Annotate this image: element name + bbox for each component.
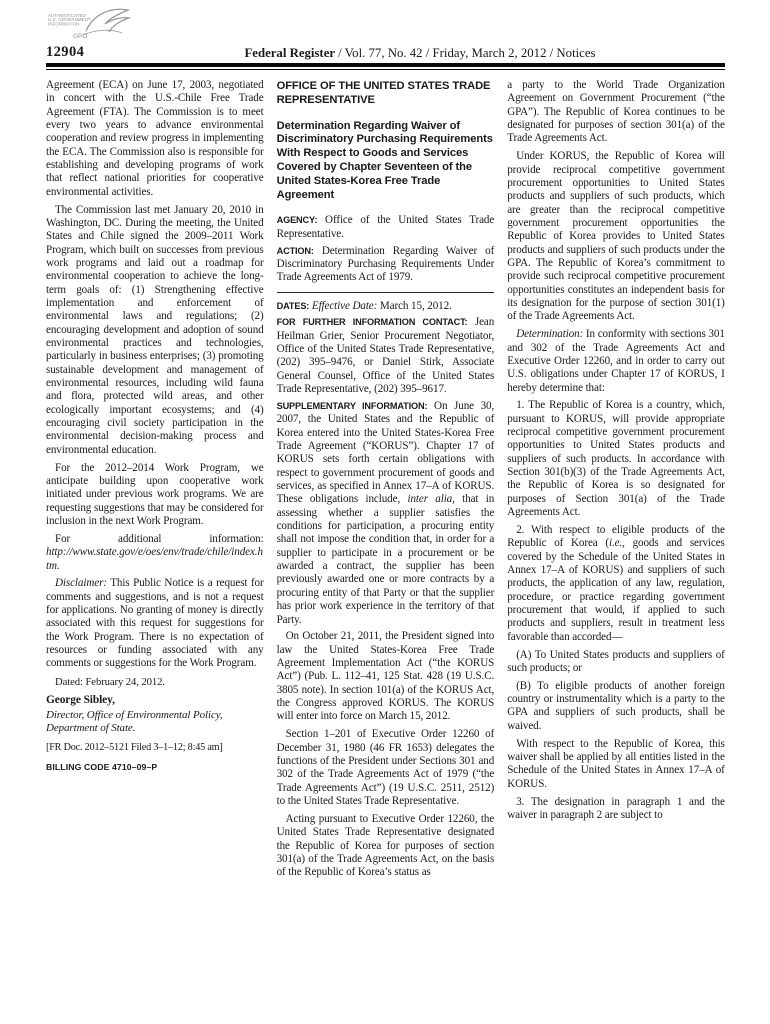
signature-title: Director, Office of Environmental Policy… (46, 709, 264, 735)
disclaimer-text: This Public Notice is a request for comm… (46, 577, 264, 669)
additional-info-paragraph: For additional information: http://www.s… (46, 533, 264, 573)
column-middle: OFFICE OF THE UNITED STATES TRADE REPRES… (277, 79, 495, 884)
paragraph: The Commission last met January 20, 2010… (46, 204, 264, 458)
signature-name: George Sibley, (46, 694, 264, 707)
supplementary-info-paragraph: SUPPLEMENTARY INFORMATION: On June 30, 2… (277, 400, 495, 627)
dated-line: Dated: February 24, 2012. (46, 676, 264, 689)
paragraph: Under KORUS, the Republic of Korea will … (507, 150, 725, 323)
contact-label: FOR FURTHER INFORMATION CONTACT: (277, 317, 468, 327)
paragraph: 2. With respect to eligible products of … (507, 524, 725, 644)
issue-info: / Vol. 77, No. 42 / Friday, March 2, 201… (338, 46, 595, 60)
additional-info-lead: For additional information: (55, 533, 264, 545)
paragraph: Acting pursuant to Executive Order 12260… (277, 813, 495, 880)
dates-label: DATES: (277, 301, 310, 311)
journal-title: Federal Register (244, 46, 335, 60)
action-line: ACTION: Determination Regarding Waiver o… (277, 245, 495, 285)
disclaimer-label: Disclaimer: (55, 577, 107, 589)
contact-line: FOR FURTHER INFORMATION CONTACT: Jean He… (277, 316, 495, 396)
fr-doc-line: [FR Doc. 2012–5121 Filed 3–1–12; 8:45 am… (46, 741, 264, 754)
running-head: Federal Register/ Vol. 77, No. 42 / Frid… (140, 46, 700, 61)
ie-phrase: i.e., (609, 537, 625, 549)
effective-date-value: March 15, 2012. (377, 300, 452, 312)
effective-date-label: Effective Date: (309, 300, 377, 312)
masthead-rule-thin (46, 69, 725, 70)
state-gov-url: http://www.state.gov/e/oes/env/trade/chi… (46, 546, 263, 571)
paragraph: For the 2012–2014 Work Program, we antic… (46, 462, 264, 529)
paragraph: Section 1–201 of Executive Order 12260 o… (277, 728, 495, 808)
federal-register-page: AUTHENTICATED U.S. GOVERNMENT INFORMATIO… (0, 0, 770, 1024)
supplementary-text: On June 30, 2007, the United States and … (277, 400, 495, 505)
determination-paragraph: Determination: In conformity with sectio… (507, 328, 725, 395)
column-left: Agreement (ECA) on June 17, 2003, negoti… (46, 79, 264, 884)
determination-label: Determination: (516, 328, 583, 340)
paragraph: (A) To United States products and suppli… (507, 649, 725, 676)
gpo-seal: AUTHENTICATED U.S. GOVERNMENT INFORMATIO… (46, 5, 136, 49)
paragraph: (B) To eligible products of another fore… (507, 680, 725, 733)
paragraph: With respect to the Republic of Korea, t… (507, 738, 725, 791)
paragraph: 3. The designation in paragraph 1 and th… (507, 796, 725, 823)
page-body: Agreement (ECA) on June 17, 2003, negoti… (46, 79, 725, 884)
disclaimer-paragraph: Disclaimer: This Public Notice is a requ… (46, 577, 264, 670)
column-right: a party to the World Trade Organization … (507, 79, 725, 884)
gpo-seal-monogram: GPO (73, 33, 87, 40)
supplementary-label: SUPPLEMENTARY INFORMATION: (277, 401, 428, 411)
masthead-rule-thick (46, 63, 725, 67)
contact-text: Jean Heilman Grier, Senior Procurement N… (277, 316, 495, 395)
item2-text: goods and services covered by the Schedu… (507, 537, 725, 642)
agency-heading: OFFICE OF THE UNITED STATES TRADE REPRES… (277, 80, 495, 108)
paragraph: On October 21, 2011, the President signe… (277, 630, 495, 723)
paragraph: 1. The Republic of Korea is a country, w… (507, 399, 725, 519)
billing-code: BILLING CODE 4710–09–P (46, 761, 264, 774)
additional-info-period: . (57, 560, 60, 572)
document-title: Determination Regarding Waiver of Discri… (277, 120, 495, 203)
agency-line: AGENCY: Office of the United States Trad… (277, 214, 495, 241)
inter-alia-phrase: inter alia, (407, 493, 454, 505)
paragraph: a party to the World Trade Organization … (507, 79, 725, 146)
gpo-seal-line: INFORMATION (48, 23, 91, 27)
supplementary-text: that in assessing whether a supplier sat… (277, 493, 495, 625)
agency-label: AGENCY: (277, 215, 318, 225)
dates-section-rule (277, 292, 495, 293)
page-number: 12904 (46, 44, 84, 61)
paragraph: Agreement (ECA) on June 17, 2003, negoti… (46, 79, 264, 199)
dates-line: DATES: Effective Date: March 15, 2012. (277, 300, 495, 313)
action-label: ACTION: (277, 246, 314, 256)
gpo-seal-text: AUTHENTICATED U.S. GOVERNMENT INFORMATIO… (48, 14, 91, 27)
